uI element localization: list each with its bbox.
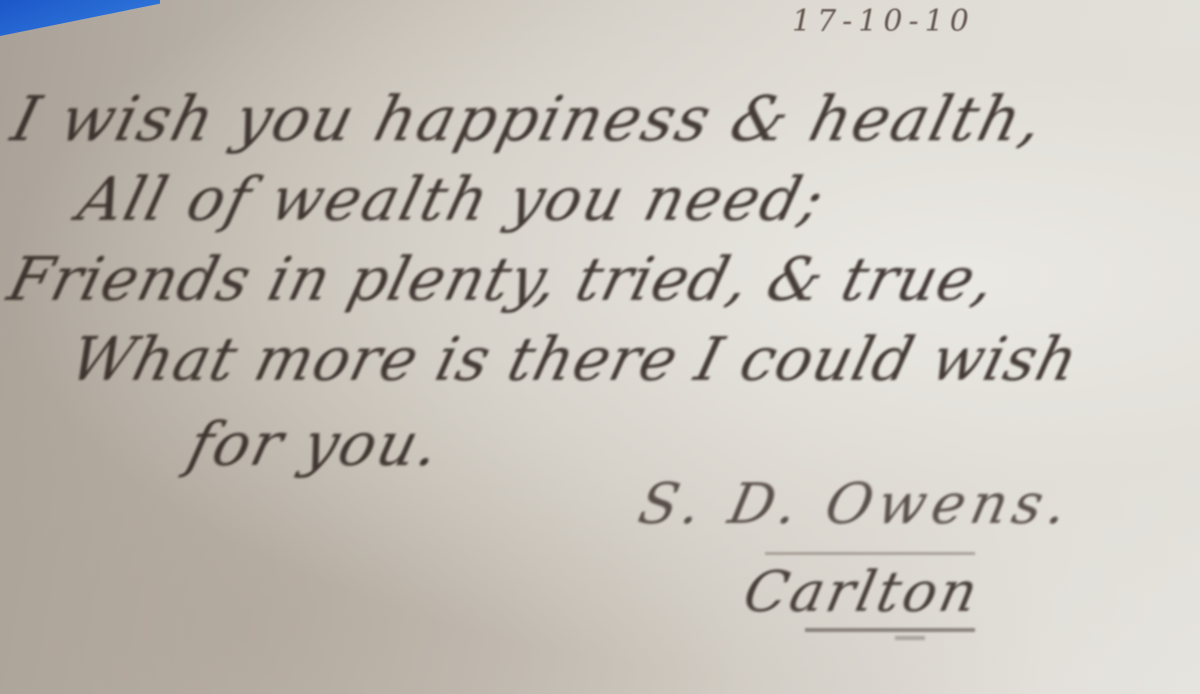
underline-flourish-tick <box>895 636 925 640</box>
underline-flourish <box>805 628 975 632</box>
verse-line-3: Friends in plenty, tried, & true, <box>1 245 1003 315</box>
signature-divider <box>765 552 975 555</box>
handwritten-date: 17-10-10 <box>792 4 975 39</box>
verse-line-1: I wish you happiness & health, <box>5 82 1053 155</box>
signature-name: S. D. Owens. <box>633 472 1079 537</box>
verse-line-5: for you. <box>181 410 448 480</box>
verse-line-4: What more is there I could wish <box>63 325 1085 395</box>
verse-line-2: All of wealth you need; <box>71 165 832 235</box>
signature-place: Carlton <box>738 560 986 625</box>
